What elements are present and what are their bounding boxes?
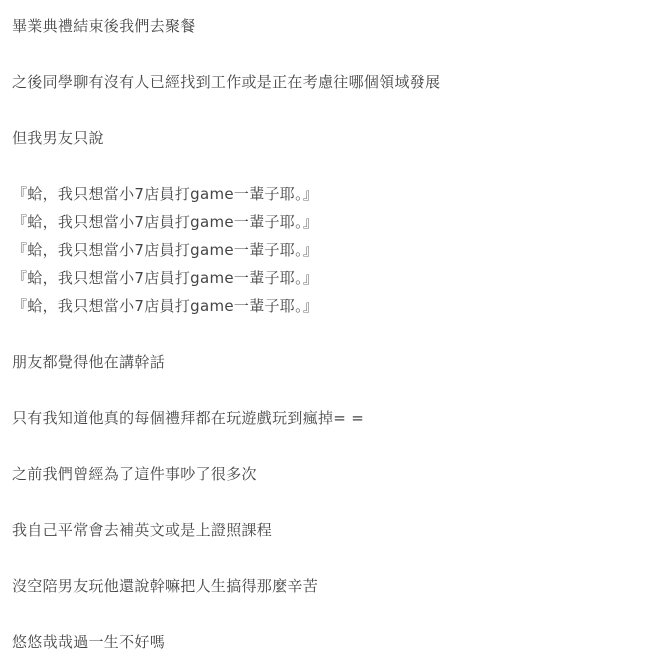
paragraph-line: 只有我知道他真的每個禮拜都在玩遊戲玩到瘋掉= =	[12, 404, 440, 432]
paragraph-line: 但我男友只說	[12, 124, 440, 152]
blank-line	[12, 488, 440, 516]
quote-line: 『蛤，我只想當小7店員打game一輩子耶。』	[12, 292, 440, 320]
blank-line	[12, 96, 440, 124]
blank-line	[12, 40, 440, 68]
paragraph-line: 之前我們曾經為了這件事吵了很多次	[12, 460, 440, 488]
quote-line: 『蛤，我只想當小7店員打game一輩子耶。』	[12, 236, 440, 264]
blank-line	[12, 544, 440, 572]
paragraph-line: 之後同學聊有沒有人已經找到工作或是正在考慮往哪個領域發展	[12, 68, 440, 96]
quote-line: 『蛤，我只想當小7店員打game一輩子耶。』	[12, 180, 440, 208]
paragraph-line: 朋友都覺得他在講幹話	[12, 348, 440, 376]
article-body: 畢業典禮結束後我們去聚餐 之後同學聊有沒有人已經找到工作或是正在考慮往哪個領域發…	[12, 12, 440, 656]
blank-line	[12, 600, 440, 628]
paragraph-line: 畢業典禮結束後我們去聚餐	[12, 12, 440, 40]
paragraph-line: 悠悠哉哉過一生不好嗎	[12, 628, 440, 656]
blank-line	[12, 376, 440, 404]
paragraph-line: 沒空陪男友玩他還說幹嘛把人生搞得那麼辛苦	[12, 572, 440, 600]
blank-line	[12, 152, 440, 180]
quote-line: 『蛤，我只想當小7店員打game一輩子耶。』	[12, 264, 440, 292]
blank-line	[12, 320, 440, 348]
quote-line: 『蛤，我只想當小7店員打game一輩子耶。』	[12, 208, 440, 236]
paragraph-line: 我自己平常會去補英文或是上證照課程	[12, 516, 440, 544]
blank-line	[12, 432, 440, 460]
